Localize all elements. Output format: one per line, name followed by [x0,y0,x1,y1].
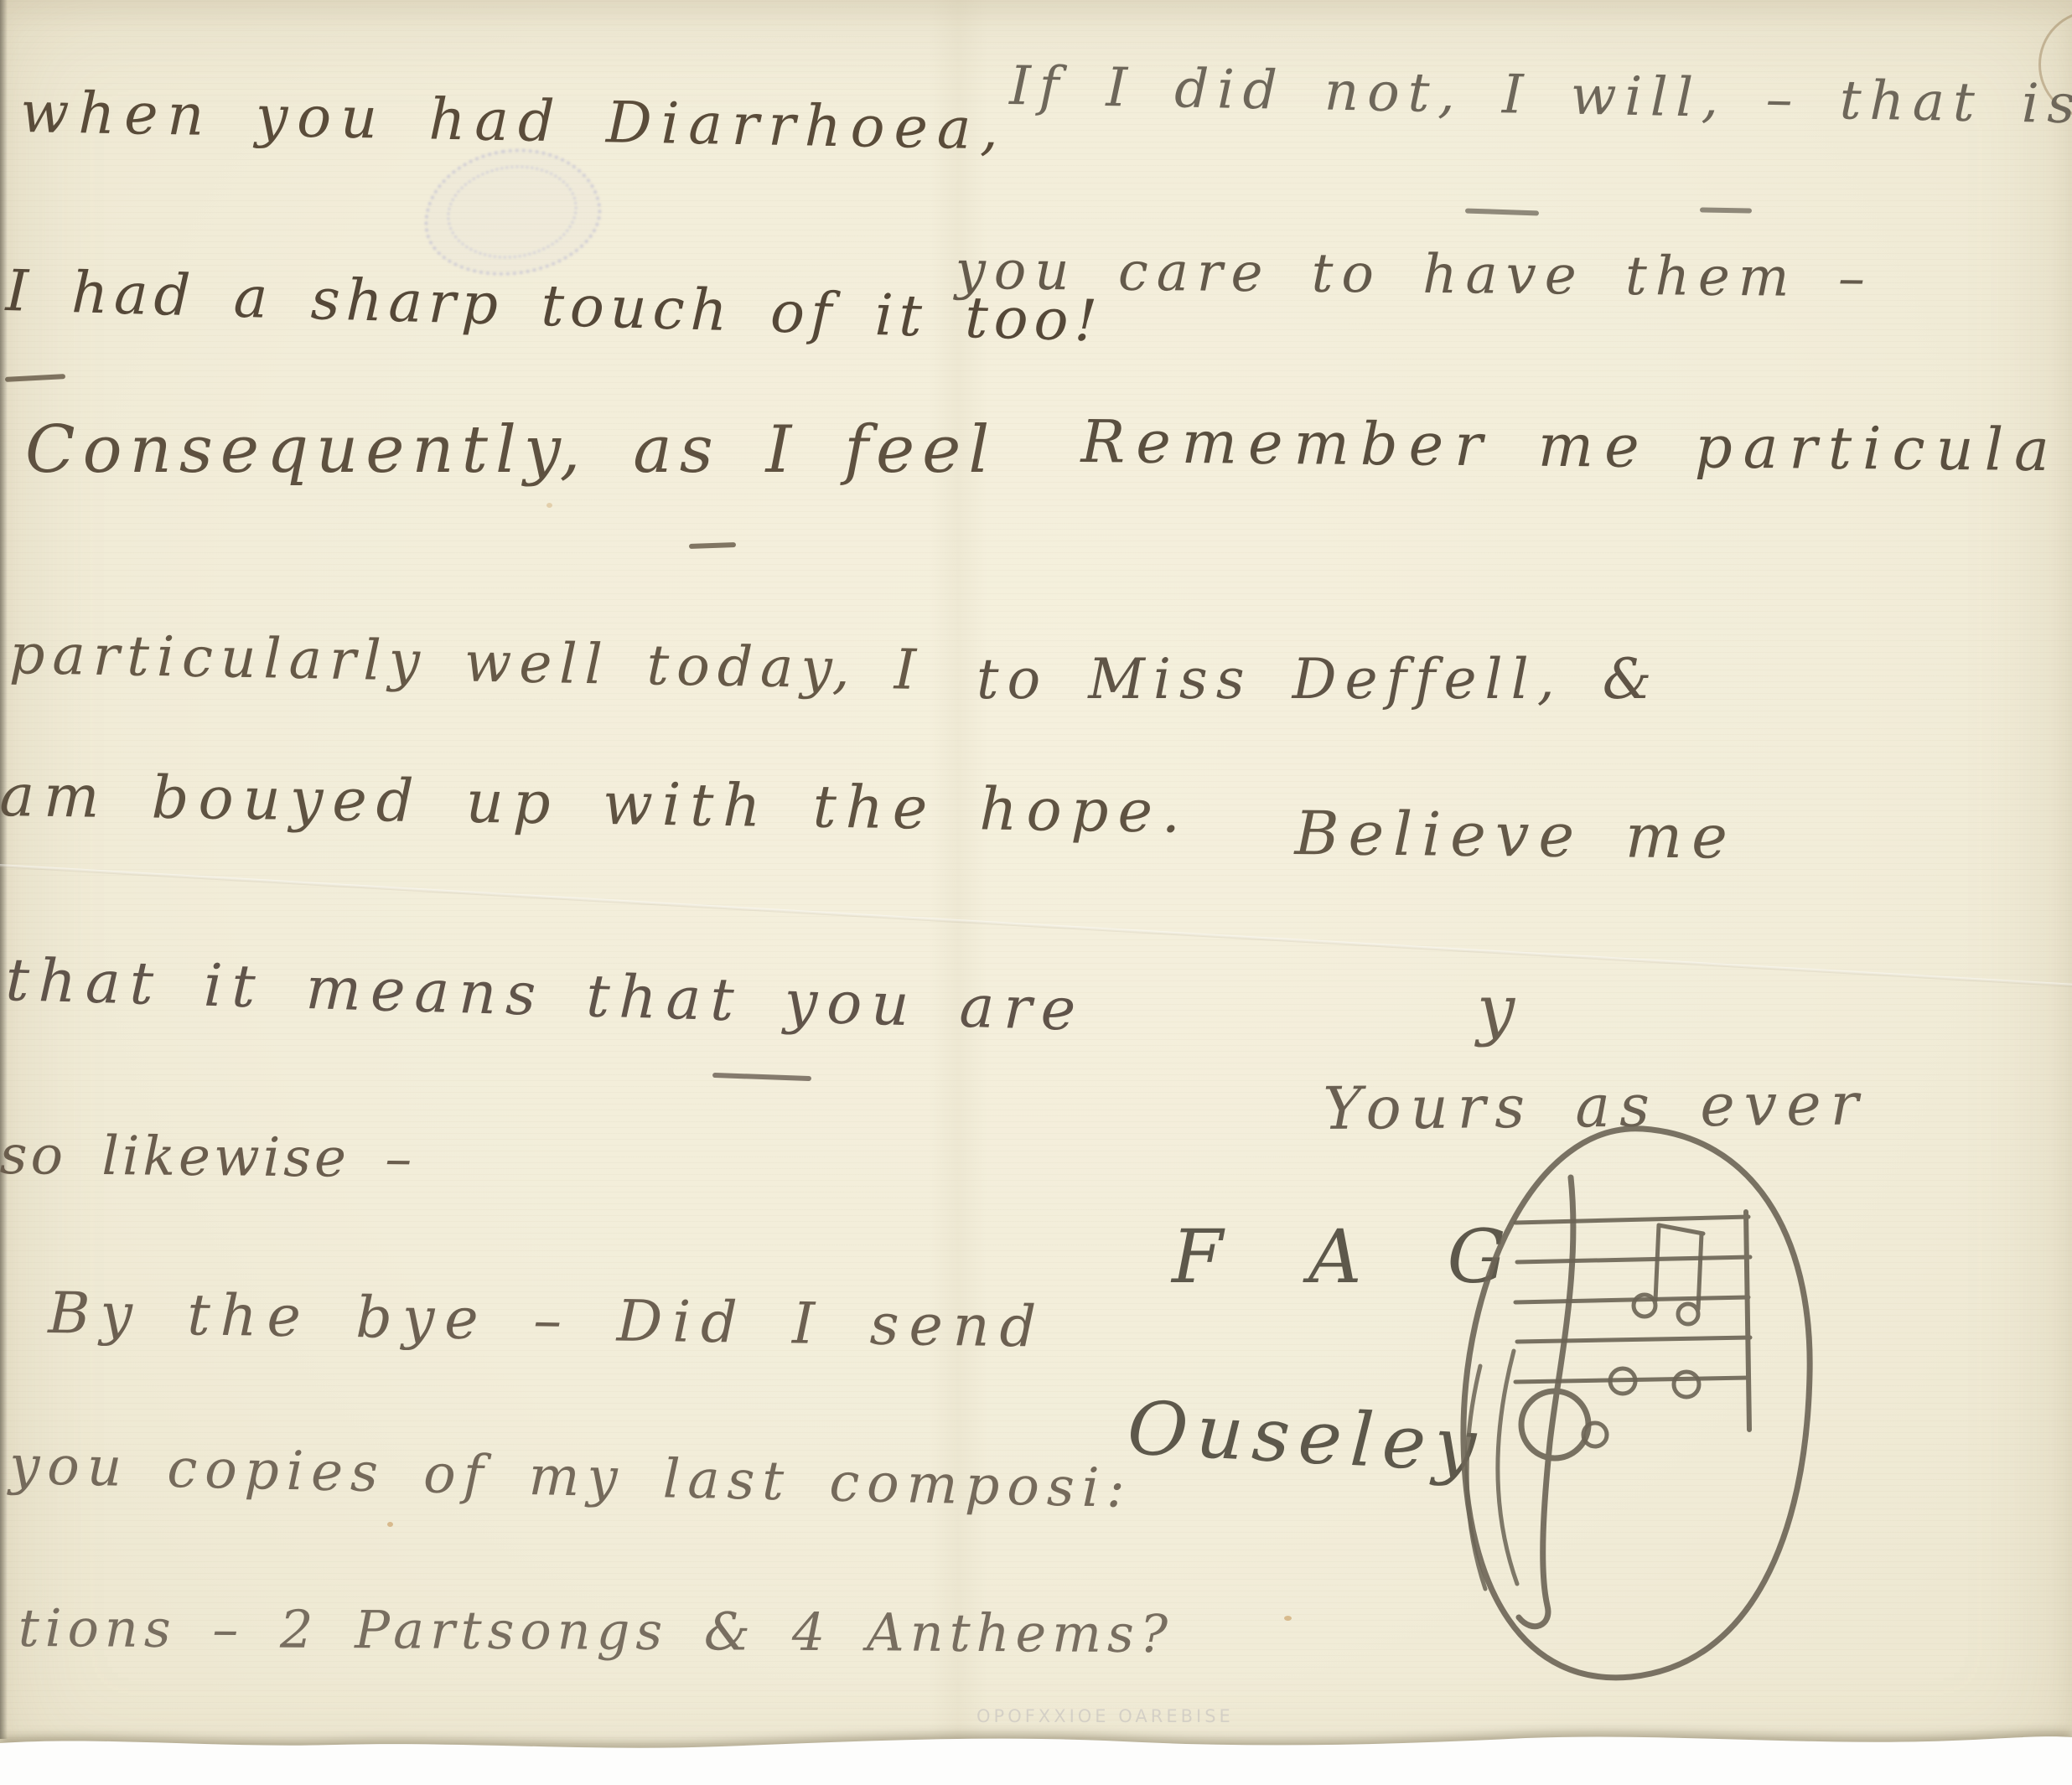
foxing-speck [546,503,552,508]
note-stem [1655,1225,1659,1301]
left-line-5: am bouyed up with the hope. [0,761,1190,846]
barline [1746,1212,1749,1430]
left-line-3: Consequently, as I feel [25,412,997,488]
embossed-seal-icon [423,149,601,275]
underline-stroke [712,1073,811,1081]
left-line-1: when you had Diarrhoea, [20,80,1008,163]
note-head [1674,1372,1699,1397]
paper-bottom-edge [0,1710,2072,1785]
doodle-oval [1463,1129,1810,1678]
left-line-7: so likewise – [0,1125,416,1190]
flourish-y: y [1477,970,1515,1048]
note-beam [1659,1225,1703,1234]
left-line-4: particularly well today, I [9,622,925,702]
left-line-10: tions – 2 Partsongs & 4 Anthems? [18,1597,1174,1664]
underline-stroke [5,374,65,382]
right-line-2: you care to have them – [955,240,1873,310]
foxing-speck [387,1522,393,1527]
letter-scan: when you had Diarrhoea, I had a sharp to… [0,0,2072,1785]
right-line-5: Believe me [1294,798,1737,872]
left-line-6: that it means that you are [5,945,1086,1044]
clef [1519,1177,1588,1627]
right-line-3: Remember me particula [1080,407,2060,484]
left-line-8: By the bye – Did I send [48,1281,1047,1361]
staff-lines [1515,1212,1750,1430]
music-staff-doodle-icon [1425,1106,1844,1701]
right-line-1: If I did not, I will, – that is [1009,55,2072,136]
foxing-speck [1284,1616,1292,1621]
underline-stroke [689,542,736,549]
underline-stroke [1700,207,1752,213]
underline-stroke [1465,208,1539,215]
right-line-4: to Miss Deffell, & [976,647,1660,711]
note-head [1678,1304,1698,1324]
signature-flourish [1467,1351,1517,1589]
